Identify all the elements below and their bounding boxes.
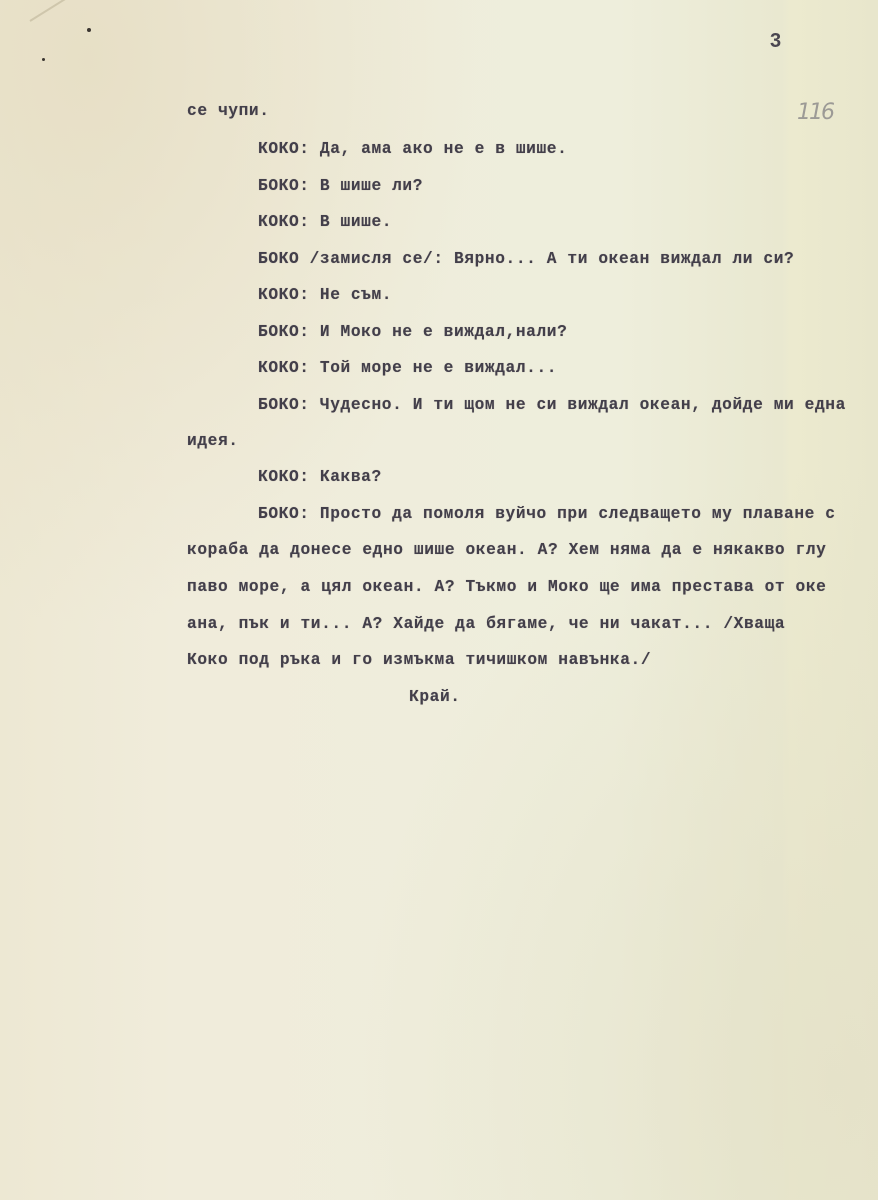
dialogue-line: КОКО: Каква? <box>258 468 382 486</box>
dialogue-line: БОКО: В шише ли? <box>258 177 423 195</box>
text-line: Коко под ръка и го измъкма тичишком навъ… <box>187 651 651 669</box>
text-line: се чупи. <box>187 102 270 120</box>
dialogue-line: БОКО: И Моко не е виждал,нали? <box>258 323 567 341</box>
paper-crease <box>29 0 98 22</box>
text-line: кораба да донесе едно шише океан. А? Хем… <box>187 541 826 559</box>
ink-speck <box>87 28 91 32</box>
page-number: 3 <box>770 30 781 53</box>
dialogue-line: КОКО: Да, ама ако не е в шише. <box>258 140 567 158</box>
archive-number: 116 <box>797 100 833 125</box>
end-marker: Край. <box>409 688 461 706</box>
dialogue-line: БОКО /замисля се/: Вярно... А ти океан в… <box>258 250 794 268</box>
text-line: ана, пък и ти... А? Хайде да бягаме, че … <box>187 615 785 633</box>
dialogue-line: КОКО: В шише. <box>258 213 392 231</box>
dialogue-line: КОКО: Той море не е виждал... <box>258 359 557 377</box>
ink-speck <box>42 58 45 61</box>
dialogue-line: БОКО: Чудесно. И ти щом не си виждал оке… <box>258 396 846 414</box>
text-line: идея. <box>187 432 239 450</box>
dialogue-line: КОКО: Не съм. <box>258 286 392 304</box>
text-line: паво море, а цял океан. А? Тъкмо и Моко … <box>187 578 826 596</box>
dialogue-line: БОКО: Просто да помоля вуйчо при следващ… <box>258 505 836 523</box>
typewritten-page: 3 116 се чупи. КОКО: Да, ама ако не е в … <box>0 0 878 1200</box>
